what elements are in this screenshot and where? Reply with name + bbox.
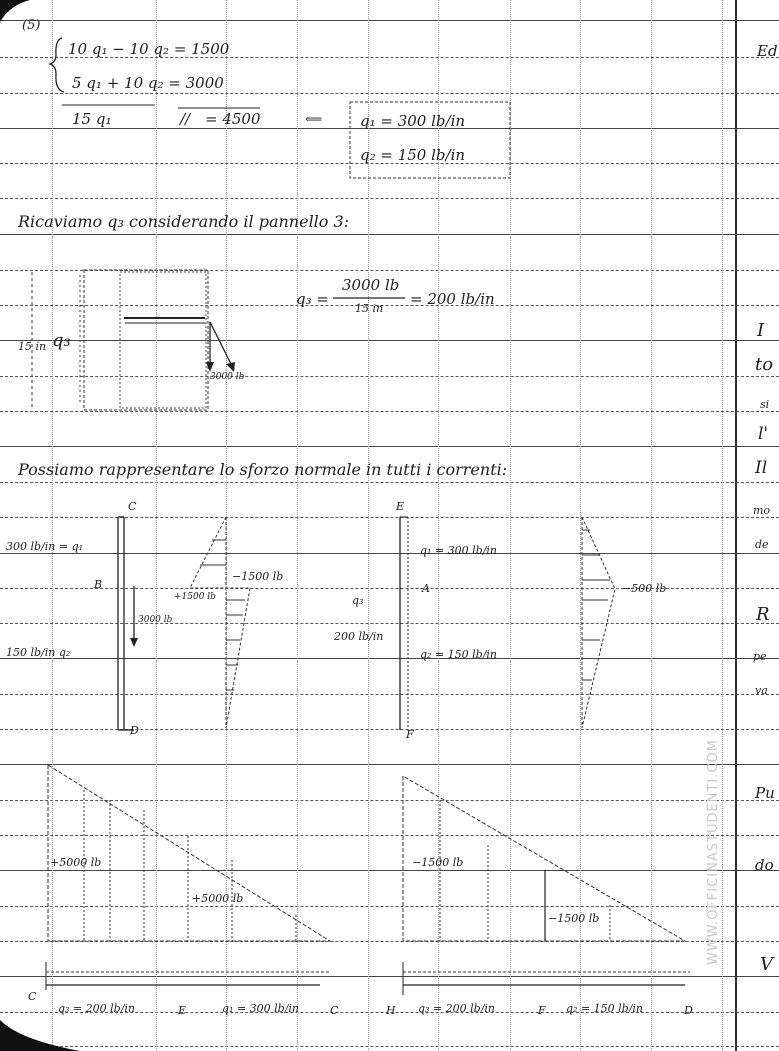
bottom-right-node-mid: F (538, 1004, 546, 1017)
bottom-right-node-start: H (386, 1004, 396, 1017)
margin-fragment: l' (758, 424, 768, 444)
q3-formula-lhs: q₃ = (296, 290, 329, 308)
margin-fragment: V (760, 954, 773, 975)
bottom-left-q1: q₁ = 300 lb/in (222, 1002, 299, 1015)
node-b-label: B (94, 578, 102, 591)
right-q1-label: q₁ = 300 lb/in (420, 544, 497, 557)
equation-sum-mid: // (180, 110, 190, 128)
bottom-left-value-a: +5000 lb (50, 856, 101, 869)
result-q1: q₁ = 300 lb/in (360, 112, 465, 130)
bottom-left-q3: q₃ = 200 lb/in (58, 1002, 135, 1015)
left-value-top: −1500 lb (232, 570, 283, 583)
node-f-label: F (406, 728, 414, 741)
bottom-right-value-a: −1500 lb (412, 856, 463, 869)
margin-fragment: de (755, 538, 769, 551)
bottom-left-node-end: C (330, 1004, 338, 1017)
margin-fragment: R (756, 604, 770, 625)
normal-force-heading: Possiamo rappresentare lo sforzo normale… (18, 460, 507, 479)
notebook-page: (5) 10 q₁ − 10 q₂ = 1500 5 q₁ + 10 q₂ = … (0, 0, 779, 1051)
implies-arrow: ⟸ (305, 112, 322, 126)
bottom-right-q2: q₂ = 150 lb/in (566, 1002, 643, 1015)
right-q2-label: q₂ = 150 lb/in (420, 648, 497, 661)
margin-fragment: va (755, 684, 768, 697)
bottom-left-value-b: +5000 lb (192, 892, 243, 905)
panel3-q3-label: q₃ (52, 330, 71, 351)
margin-fragment: si (760, 398, 769, 411)
margin-fragment: I (757, 320, 764, 341)
panel3-heading: Ricaviamo q₃ considerando il pannello 3: (18, 212, 349, 231)
q3-formula-numerator: 3000 lb (342, 276, 399, 294)
panel3-force: 3000 lb (210, 372, 244, 382)
bottom-right-value-b: −1500 lb (548, 912, 599, 925)
bottom-left-node-mid: E (178, 1004, 186, 1017)
q3-formula-denominator: 15 in (355, 302, 383, 315)
left-q2-label: 150 lb/in q₂ (6, 646, 70, 659)
right-q3-value: 200 lb/in (334, 630, 383, 643)
bottom-left-node-start: C (28, 990, 36, 1003)
node-c-label: C (128, 500, 136, 513)
margin-fragment: Il (755, 458, 767, 478)
margin-fragment: pe (753, 650, 767, 663)
section-marker: (5) (22, 18, 40, 33)
equation-sum-left: 15 q₁ (72, 110, 111, 128)
panel3-dimension: 15 in (18, 340, 46, 353)
margin-fragment: Ed (757, 42, 778, 60)
watermark: WWW.OFFICINASTUDENTI.COM (706, 739, 721, 965)
left-value-mid: +1500 lb (174, 592, 216, 602)
margin-fragment: to (755, 354, 773, 375)
margin-fragment: mo (753, 504, 770, 517)
left-q1-label: 300 lb/in = q₁ (6, 540, 83, 553)
node-d-label: D (130, 724, 139, 737)
node-e-label: E (396, 500, 404, 513)
result-q2: q₂ = 150 lb/in (360, 146, 465, 164)
bottom-right-node-end: D (684, 1004, 693, 1017)
margin-fragment: Pu (755, 784, 775, 802)
equation-sum-right: = 4500 (205, 110, 261, 128)
right-value-peak: −500 lb (622, 582, 666, 595)
equation-line-1: 10 q₁ − 10 q₂ = 1500 (68, 40, 229, 58)
q3-formula-result: = 200 lb/in (410, 290, 495, 308)
right-q3-label: q₃ (352, 594, 363, 607)
node-a-label: A (422, 582, 430, 595)
left-force-label: 3000 lb (138, 615, 172, 625)
equation-line-2: 5 q₁ + 10 q₂ = 3000 (72, 74, 224, 92)
bottom-right-q3: q₃ = 200 lb/in (418, 1002, 495, 1015)
margin-fragment: do (755, 856, 774, 874)
